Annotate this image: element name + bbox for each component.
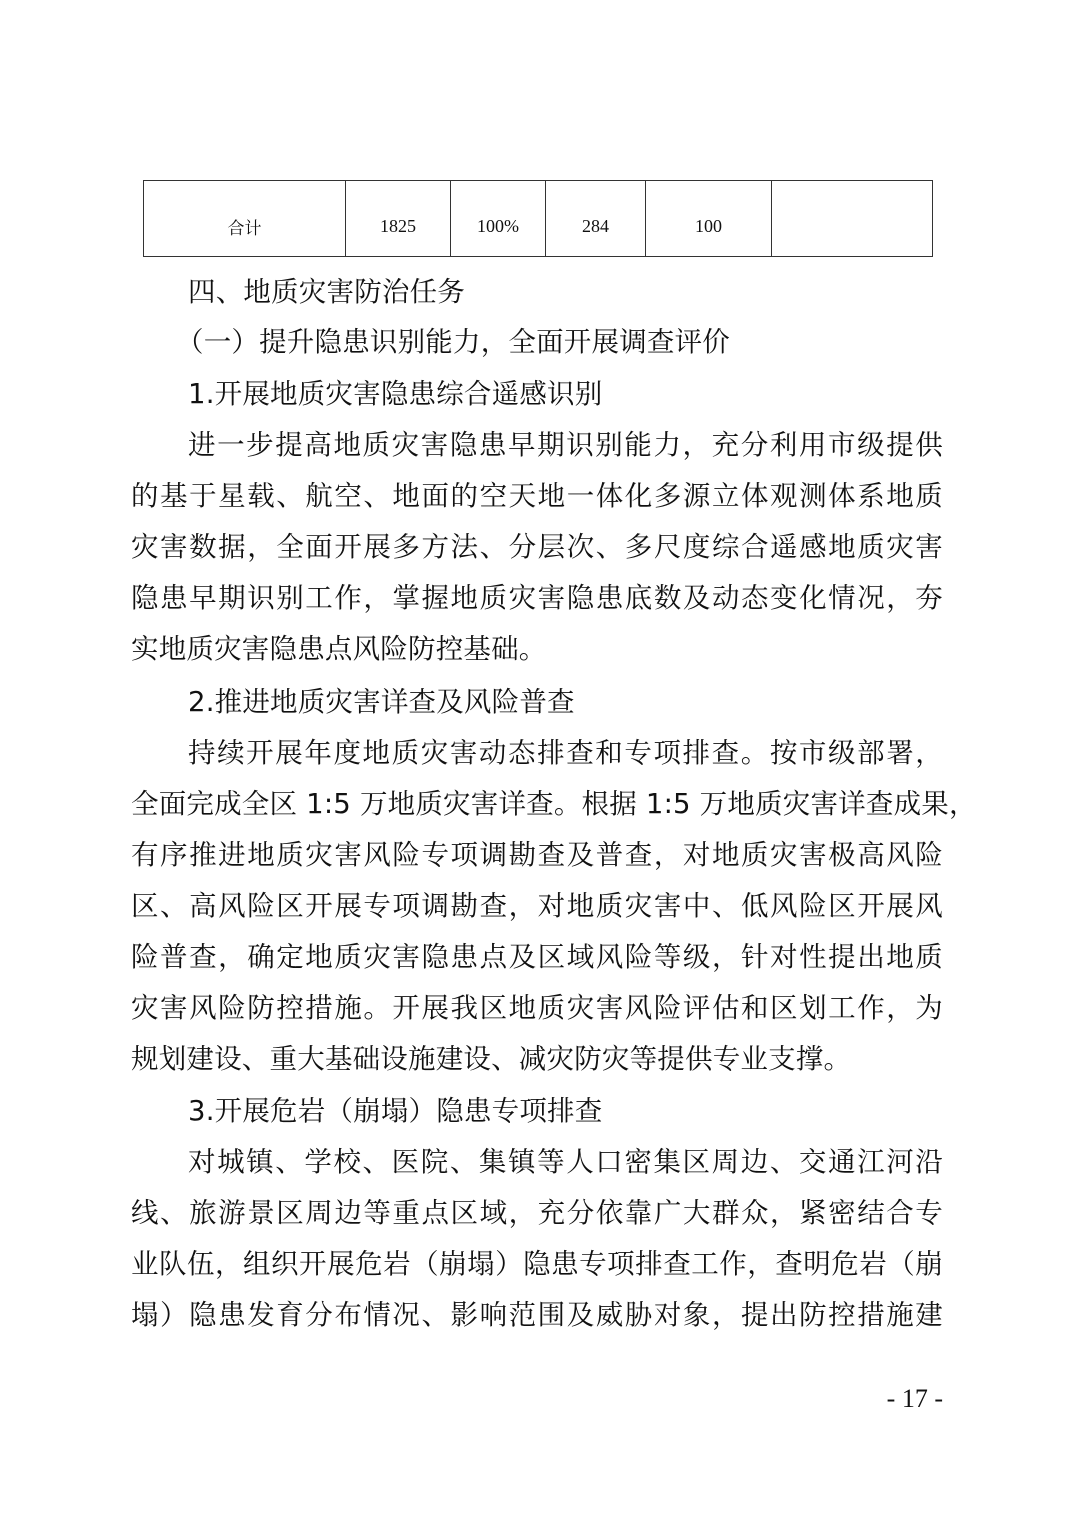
table-cell: 1825 <box>346 181 451 257</box>
item-title: 3.开展危岩（崩塌）隐患专项排查 <box>188 1094 1000 1128</box>
subsection-heading: （一）提升隐患识别能力，全面开展调查评价 <box>176 325 988 359</box>
paragraph-line: 区、高风险区开展专项调勘查，对地质灾害中、低风险区开展风 <box>131 889 943 923</box>
page-number: - 17 - <box>887 1384 943 1414</box>
item-title: 1.开展地质灾害隐患综合遥感识别 <box>188 377 1000 411</box>
paragraph-line: 有序推进地质灾害风险专项调勘查及普查，对地质灾害极高风险 <box>131 838 943 872</box>
paragraph-line: 持续开展年度地质灾害动态排查和专项排查。按市级部署， <box>188 736 943 770</box>
summary-table: 合计 1825 100% 284 100 <box>143 180 933 257</box>
paragraph-line: 塌）隐患发育分布情况、影响范围及威胁对象，提出防控措施建 <box>131 1298 943 1332</box>
section-heading: 四、地质灾害防治任务 <box>188 275 1000 309</box>
table-cell: 100 <box>646 181 772 257</box>
table-cell: 284 <box>546 181 646 257</box>
paragraph-line: 实地质灾害隐患点风险防控基础。 <box>131 632 943 666</box>
paragraph-line: 规划建设、重大基础设施建设、减灾防灾等提供专业支撑。 <box>131 1042 943 1076</box>
paragraph-line: 业队伍，组织开展危岩（崩塌）隐患专项排查工作，查明危岩（崩 <box>131 1247 943 1281</box>
paragraph-line: 灾害数据，全面开展多方法、分层次、多尺度综合遥感地质灾害 <box>131 530 943 564</box>
table-row-total: 合计 1825 100% 284 100 <box>144 181 933 257</box>
paragraph-line: 线、旅游景区周边等重点区域，充分依靠广大群众，紧密结合专 <box>131 1196 943 1230</box>
paragraph-line: 灾害风险防控措施。开展我区地质灾害风险评估和区划工作，为 <box>131 991 943 1025</box>
paragraph-line: 险普查，确定地质灾害隐患点及区域风险等级，针对性提出地质 <box>131 940 943 974</box>
paragraph-line: 对城镇、学校、医院、集镇等人口密集区周边、交通江河沿 <box>188 1145 943 1179</box>
table-cell: 100% <box>451 181 546 257</box>
paragraph-line: 隐患早期识别工作，掌握地质灾害隐患底数及动态变化情况，夯 <box>131 581 943 615</box>
paragraph-line: 全面完成全区 1:5 万地质灾害详查。根据 1:5 万地质灾害详查成果， <box>131 787 943 821</box>
total-label-cell: 合计 <box>144 181 346 257</box>
item-title: 2.推进地质灾害详查及风险普查 <box>188 685 1000 719</box>
table-cell <box>772 181 933 257</box>
paragraph-line: 的基于星载、航空、地面的空天地一体化多源立体观测体系地质 <box>131 479 943 513</box>
paragraph-line: 进一步提高地质灾害隐患早期识别能力，充分利用市级提供 <box>188 428 943 462</box>
